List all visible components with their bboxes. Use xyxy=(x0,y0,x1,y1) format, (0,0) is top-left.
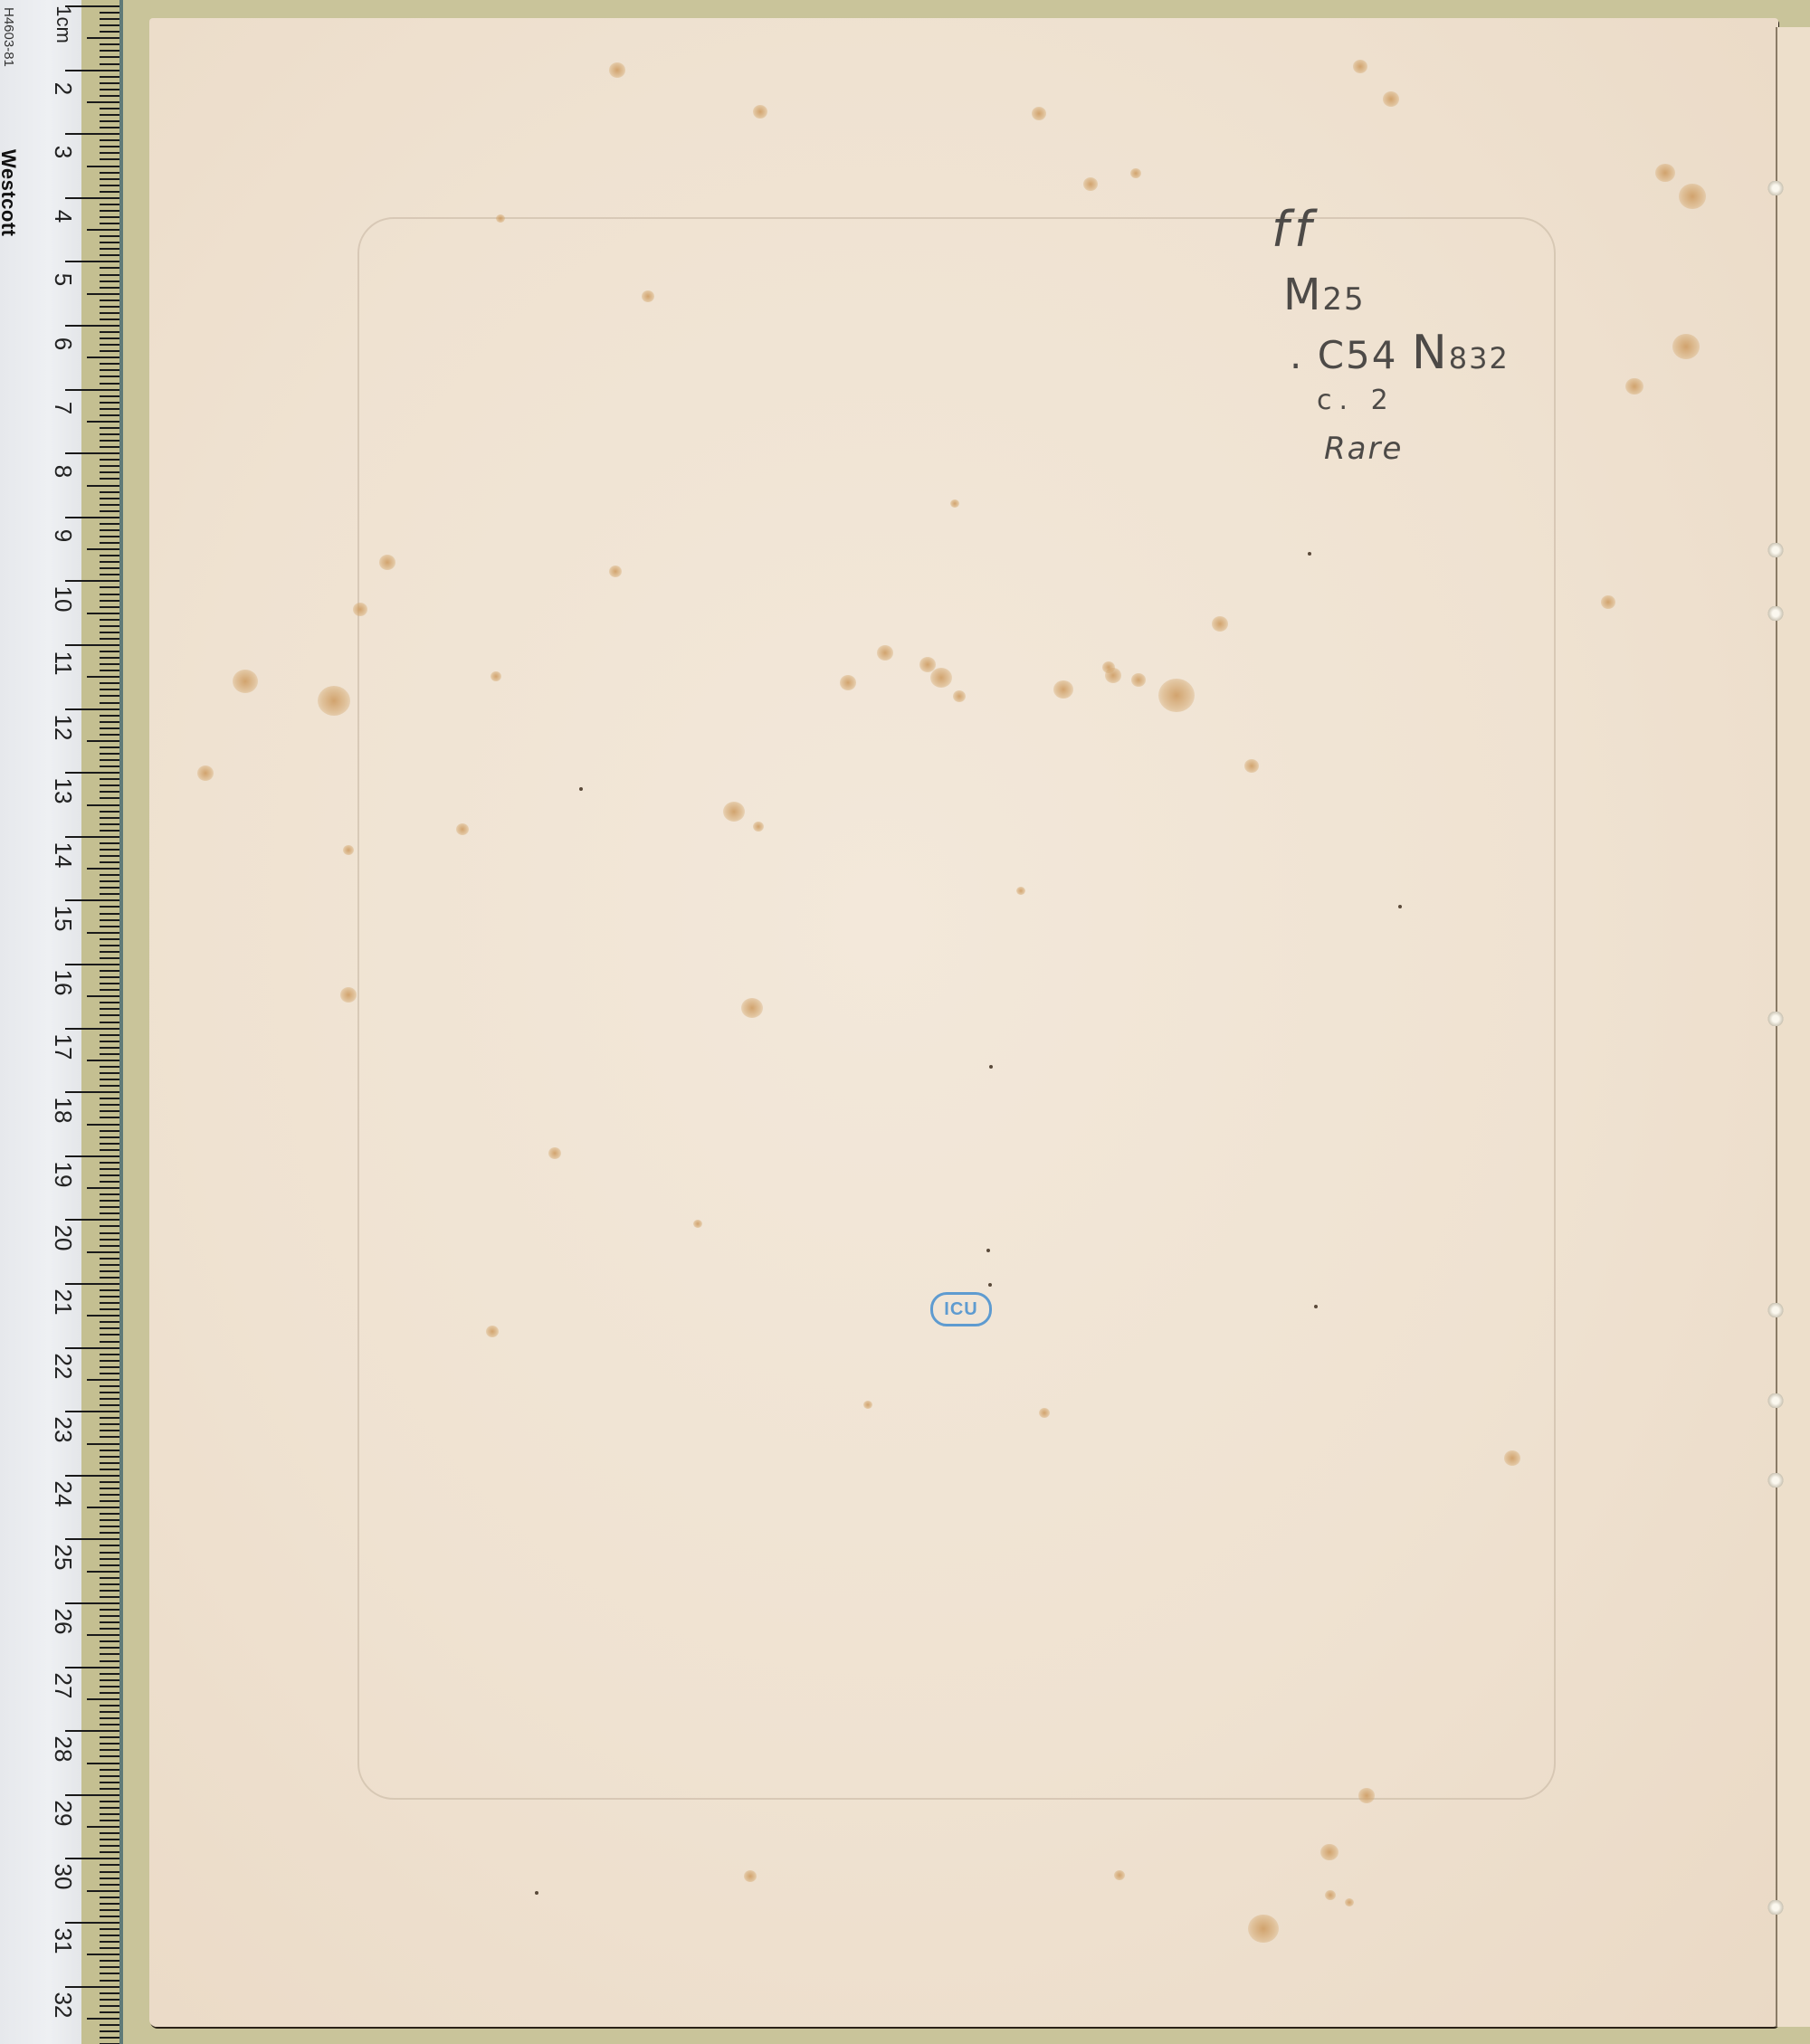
ruler-tick xyxy=(87,485,119,487)
ruler-tick xyxy=(100,50,119,52)
ruler-tick xyxy=(100,1558,119,1560)
ruler-tick xyxy=(100,1947,119,1949)
foxing-spot xyxy=(318,686,350,716)
ruler-tick xyxy=(100,1679,119,1681)
ruler-tick xyxy=(87,2018,119,2020)
ruler-tick xyxy=(100,753,119,755)
ruler-tick xyxy=(100,1788,119,1790)
ruler-tick xyxy=(100,280,119,282)
paper-speck xyxy=(1308,552,1311,556)
ruler-tick xyxy=(100,945,119,946)
ruler-tick xyxy=(100,1245,119,1247)
ruler-tick xyxy=(100,670,119,671)
ruler-tick xyxy=(100,1782,119,1783)
ruler-tick xyxy=(100,1909,119,1911)
measurement-ruler: H4603-81 Westcott 1cm2345678910111213141… xyxy=(0,0,123,2044)
ruler-tick xyxy=(100,127,119,128)
foxing-spot xyxy=(953,690,966,702)
ruler-tick xyxy=(100,536,119,537)
foxing-spot xyxy=(1131,673,1146,687)
foxing-spot xyxy=(343,845,354,855)
ruler-tick xyxy=(100,1258,119,1260)
ruler-tick xyxy=(100,1456,119,1458)
ruler-tick xyxy=(100,95,119,97)
ruler-tick xyxy=(100,1053,119,1055)
ruler-tick xyxy=(87,1763,119,1764)
ruler-tick xyxy=(100,734,119,736)
ruler-tick xyxy=(87,1060,119,1061)
ruler-tick xyxy=(87,1251,119,1253)
ruler-tick xyxy=(87,1634,119,1636)
ruler-tick xyxy=(100,350,119,352)
paper-speck xyxy=(1314,1305,1318,1308)
ruler-tick xyxy=(100,178,119,180)
ruler-tick xyxy=(100,861,119,863)
ruler-tick xyxy=(100,191,119,193)
ruler-tick xyxy=(100,1775,119,1777)
foxing-spot xyxy=(744,1870,757,1882)
ruler-tick xyxy=(100,1193,119,1195)
ruler-tick xyxy=(100,1820,119,1821)
ruler-tick xyxy=(87,229,119,231)
ruler-tick xyxy=(100,600,119,602)
ruler-tick xyxy=(100,1289,119,1291)
ruler-tick xyxy=(100,689,119,690)
ruler-tick xyxy=(100,1513,119,1515)
ruler-cm-label: 18 xyxy=(52,1092,75,1128)
ruler-tick xyxy=(87,995,119,997)
ruler-cm-label: 31 xyxy=(52,1923,75,1959)
ruler-tick xyxy=(100,1692,119,1694)
binding-stitch xyxy=(1767,1393,1784,1408)
foxing-spot xyxy=(233,670,258,693)
binding-fold-line xyxy=(1776,27,1777,2027)
ruler-tick xyxy=(100,715,119,717)
foxing-spot xyxy=(1114,1870,1125,1880)
foxing-spot xyxy=(197,765,214,781)
foxing-spot xyxy=(1102,661,1115,673)
ruler-tick xyxy=(100,2005,119,2007)
ruler-tick xyxy=(100,1897,119,1898)
foxing-spot xyxy=(723,802,745,822)
ruler-tick xyxy=(100,695,119,697)
ruler-tick xyxy=(100,1878,119,1879)
ruler-tick xyxy=(100,1462,119,1464)
ruler-tick xyxy=(100,1596,119,1598)
ruler-cm-label: 23 xyxy=(52,1412,75,1448)
ruler-tick xyxy=(87,421,119,423)
ruler-tick xyxy=(100,402,119,404)
ruler-tick xyxy=(100,682,119,684)
ruler-tick xyxy=(100,1079,119,1080)
ruler-tick xyxy=(100,1960,119,1962)
ruler-tick xyxy=(100,957,119,959)
ruler-tick xyxy=(100,254,119,256)
ruler-tick xyxy=(100,784,119,786)
ruler-tick xyxy=(100,337,119,339)
foxing-spot xyxy=(1248,1915,1279,1943)
ruler-tick xyxy=(100,1277,119,1279)
ruler-tick xyxy=(100,1008,119,1010)
ruler-tick xyxy=(100,1935,119,1936)
ruler-tick xyxy=(100,146,119,147)
ruler-tick xyxy=(100,1430,119,1431)
ruler-tick xyxy=(100,778,119,780)
ruler-tick xyxy=(100,1341,119,1343)
foxing-spot xyxy=(609,62,625,78)
binding-stitch xyxy=(1767,543,1784,557)
ruler-tick xyxy=(100,1564,119,1566)
ruler-tick xyxy=(100,1327,119,1329)
ruler-tick xyxy=(87,1124,119,1126)
ruler-tick xyxy=(100,913,119,915)
ruler-tick xyxy=(100,471,119,473)
ruler-tick xyxy=(100,523,119,525)
ruler-tick xyxy=(100,363,119,365)
ruler-tick xyxy=(100,1832,119,1834)
ruler-tick xyxy=(100,210,119,212)
paper-speck xyxy=(579,787,583,791)
paper-speck xyxy=(986,1249,990,1252)
ruler-tick xyxy=(100,823,119,825)
ruler-tick xyxy=(100,1724,119,1726)
ruler-tick xyxy=(100,318,119,320)
ruler-tick xyxy=(87,1698,119,1700)
ruler-tick xyxy=(87,37,119,39)
ruler-tick xyxy=(100,1162,119,1164)
ruler-tick xyxy=(100,1085,119,1087)
ruler-tick xyxy=(100,1647,119,1649)
ruler-tick xyxy=(100,1941,119,1943)
ruler-tick xyxy=(100,849,119,851)
ruler-tick xyxy=(100,1577,119,1579)
ruler-tick xyxy=(100,651,119,652)
ruler-tick xyxy=(100,1871,119,1873)
ruler-tick xyxy=(100,1705,119,1707)
foxing-spot xyxy=(741,998,763,1018)
ruler-tick xyxy=(87,357,119,358)
ruler-cm-label: 19 xyxy=(52,1156,75,1193)
ruler-tick xyxy=(100,663,119,665)
foxing-spot xyxy=(1325,1890,1336,1900)
ruler-tick xyxy=(100,1181,119,1183)
ruler-tick xyxy=(100,702,119,704)
ruler-tick xyxy=(100,274,119,276)
ruler-tick xyxy=(100,830,119,832)
foxing-spot xyxy=(548,1147,561,1159)
ruler-tick xyxy=(100,1302,119,1304)
ruler-tick xyxy=(100,887,119,889)
ruler-tick xyxy=(100,408,119,410)
ruler-tick xyxy=(100,248,119,250)
ruler-tick xyxy=(100,1653,119,1655)
ruler-tick xyxy=(100,2037,119,2039)
ruler-tick xyxy=(100,1041,119,1042)
ruler-tick xyxy=(100,1686,119,1687)
ruler-tick xyxy=(100,721,119,723)
ruler-tick xyxy=(87,1379,119,1381)
ruler-tick xyxy=(100,1360,119,1362)
annotation-copy: c. 2 xyxy=(1317,385,1396,416)
ruler-tick xyxy=(100,43,119,45)
annotation-25: 25 xyxy=(1322,281,1365,318)
annotation-dot: . xyxy=(1290,333,1303,377)
ruler-tick xyxy=(100,1500,119,1502)
foxing-spot xyxy=(753,105,767,119)
ruler-tick xyxy=(100,938,119,940)
ruler-tick xyxy=(100,797,119,799)
ruler-tick xyxy=(100,1966,119,1968)
ruler-tick xyxy=(100,1404,119,1406)
ruler-tick xyxy=(100,395,119,397)
ruler-tick xyxy=(100,1450,119,1451)
ruler-cm-label: 2 xyxy=(52,71,75,107)
ruler-tick xyxy=(100,306,119,308)
ruler-tick xyxy=(100,1755,119,1757)
paper-speck xyxy=(1398,905,1402,908)
ruler-tick xyxy=(100,632,119,633)
ruler-cm-label: 17 xyxy=(52,1029,75,1065)
ruler-tick xyxy=(100,89,119,90)
ruler-tick xyxy=(100,817,119,819)
foxing-spot xyxy=(1383,91,1399,107)
ruler-tick xyxy=(100,1494,119,1496)
ruler-tick xyxy=(87,1507,119,1508)
ruler-tick xyxy=(100,1014,119,1016)
ruler-cm-label: 24 xyxy=(52,1476,75,1512)
annotation-m25: M25 xyxy=(1283,270,1366,320)
foxing-spot xyxy=(456,823,469,835)
ruler-tick xyxy=(100,1321,119,1323)
ruler-tick xyxy=(100,1264,119,1266)
ruler-tick xyxy=(100,1200,119,1202)
foxing-spot xyxy=(1244,759,1259,773)
ruler-tick xyxy=(100,1168,119,1170)
ruler-tick xyxy=(100,1072,119,1074)
ruler-tick xyxy=(100,1232,119,1234)
ruler-tick xyxy=(100,1621,119,1623)
ruler-tick xyxy=(100,1583,119,1585)
ruler-tick xyxy=(100,1628,119,1630)
ruler-tick xyxy=(87,548,119,550)
ruler-tick xyxy=(100,1928,119,1930)
ruler-tick xyxy=(87,1443,119,1445)
ruler-tick xyxy=(87,1571,119,1573)
binding-stitch xyxy=(1767,1303,1784,1317)
ruler-tick xyxy=(100,855,119,857)
ruler-tick xyxy=(100,287,119,289)
ruler-tick xyxy=(100,625,119,627)
ruler-tick xyxy=(100,1864,119,1866)
ruler-tick xyxy=(100,114,119,116)
ruler-cm-label: 14 xyxy=(52,837,75,873)
ruler-tick xyxy=(100,2011,119,2013)
ruler-tick xyxy=(100,1110,119,1112)
paper-speck xyxy=(535,1891,538,1895)
ruler-tick xyxy=(100,1916,119,1917)
ruler-tick xyxy=(100,1469,119,1470)
paper-speck xyxy=(988,1283,992,1287)
ruler-tick xyxy=(100,76,119,78)
ruler-cm-label: 1cm xyxy=(52,0,75,52)
ruler-tick xyxy=(100,1239,119,1241)
ruler-tick xyxy=(100,1884,119,1886)
ruler-tick xyxy=(100,1801,119,1802)
ruler-tick xyxy=(100,906,119,908)
ruler-tick xyxy=(100,567,119,569)
ruler-tick xyxy=(100,63,119,65)
foxing-spot xyxy=(840,675,856,690)
ruler-cm-label: 11 xyxy=(52,645,75,681)
ruler-tick xyxy=(87,1826,119,1828)
ruler-tick xyxy=(100,619,119,621)
ruler-tick xyxy=(87,804,119,806)
ruler-tick xyxy=(100,223,119,224)
ruler-cm-label: 28 xyxy=(52,1731,75,1767)
ruler-tick xyxy=(100,1711,119,1713)
ruler-tick xyxy=(100,204,119,205)
ruler-tick xyxy=(100,242,119,243)
binding-stitch xyxy=(1767,181,1784,195)
ruler-cm-label: 25 xyxy=(52,1539,75,1575)
ruler-tick xyxy=(100,1717,119,1719)
ruler-cm-label: 3 xyxy=(52,134,75,170)
ruler-tick xyxy=(100,976,119,978)
ruler-tick xyxy=(100,842,119,844)
ruler-tick xyxy=(100,970,119,972)
ruler-tick xyxy=(100,1851,119,1853)
ruler-tick xyxy=(100,2024,119,2026)
ruler-tick xyxy=(100,1436,119,1438)
foxing-spot xyxy=(1158,679,1195,712)
ruler-tick xyxy=(87,868,119,870)
ruler-tick xyxy=(100,120,119,122)
ruler-tick xyxy=(100,2030,119,2032)
ruler-tick xyxy=(100,657,119,659)
ruler-tick xyxy=(100,24,119,26)
foxing-spot xyxy=(486,1326,499,1337)
ruler-tick xyxy=(100,893,119,895)
ruler-cm-label: 15 xyxy=(52,900,75,936)
ruler-tick xyxy=(100,1022,119,1023)
ruler-tick xyxy=(100,510,119,512)
ruler-tick xyxy=(100,1066,119,1068)
ruler-tick xyxy=(100,989,119,991)
ruler-tick xyxy=(100,498,119,499)
ruler-tick xyxy=(100,12,119,14)
foxing-spot xyxy=(1212,616,1228,632)
ruler-tick xyxy=(100,1136,119,1138)
ruler-tick xyxy=(100,1736,119,1738)
ruler-tick xyxy=(87,166,119,167)
foxing-spot xyxy=(930,668,952,688)
ruler-tick xyxy=(87,101,119,103)
foxing-spot xyxy=(1130,168,1141,178)
ruler-tick xyxy=(100,344,119,346)
foxing-spot xyxy=(1601,595,1615,609)
ruler-tick xyxy=(100,18,119,20)
foxing-spot xyxy=(491,671,501,681)
ruler-tick xyxy=(100,1423,119,1425)
ruler-tick xyxy=(100,440,119,442)
ruler-tick xyxy=(100,331,119,333)
ruler-tick xyxy=(100,1334,119,1336)
ruler-tick xyxy=(100,1488,119,1489)
ruler-tick xyxy=(100,376,119,377)
ruler-tick xyxy=(100,491,119,493)
ruler-tick xyxy=(100,1206,119,1208)
ruler-tick xyxy=(100,299,119,301)
ruler-tick xyxy=(100,1225,119,1227)
ruler-tick xyxy=(100,880,119,882)
ruler-tick xyxy=(100,1417,119,1419)
ruler-tick xyxy=(100,56,119,58)
ruler-tick xyxy=(100,1149,119,1151)
ruler-tick xyxy=(87,1315,119,1317)
ruler-cm-label: 21 xyxy=(52,1284,75,1320)
ruler-tick xyxy=(100,108,119,109)
ruler-tick xyxy=(100,1143,119,1145)
ruler-tick xyxy=(100,746,119,748)
ruler-tick xyxy=(100,152,119,154)
binding-stitch xyxy=(1767,1900,1784,1915)
ruler-tick xyxy=(100,1532,119,1534)
ruler-tick xyxy=(87,613,119,614)
ruler-tick xyxy=(87,293,119,295)
ruler-tick xyxy=(100,765,119,767)
foxing-spot xyxy=(753,822,764,832)
annotation-832: 832 xyxy=(1449,341,1510,376)
foxing-spot xyxy=(1083,177,1098,191)
foxing-spot xyxy=(1032,107,1046,120)
ruler-tick xyxy=(100,1743,119,1745)
ruler-tick xyxy=(100,1392,119,1393)
ruler-tick xyxy=(100,1615,119,1617)
ruler-cm-label: 9 xyxy=(52,518,75,554)
ruler-tick xyxy=(100,235,119,237)
ruler-tick xyxy=(100,369,119,371)
ruler-tick xyxy=(100,1552,119,1554)
ruler-tick xyxy=(100,1034,119,1036)
foxing-spot xyxy=(1353,60,1367,73)
ruler-cm-label: 29 xyxy=(52,1795,75,1831)
ruler-tick xyxy=(100,638,119,640)
ruler-tick xyxy=(100,759,119,761)
ruler-tick xyxy=(100,1545,119,1546)
ruler-cm-label: 4 xyxy=(52,198,75,234)
ruler-tick xyxy=(100,414,119,416)
ruler-tick xyxy=(100,158,119,160)
ruler-tick xyxy=(100,31,119,33)
binding-stitch xyxy=(1767,1473,1784,1488)
foxing-spot xyxy=(340,987,357,1003)
ruler-edge xyxy=(119,0,123,2044)
paper-speck xyxy=(989,1065,993,1069)
ruler-tick xyxy=(100,983,119,984)
ruler-cm-label: 27 xyxy=(52,1668,75,1704)
foxing-spot xyxy=(1358,1788,1375,1803)
ruler-tick xyxy=(100,926,119,927)
foxing-spot xyxy=(1504,1450,1520,1466)
foxing-spot xyxy=(1679,184,1706,209)
ruler-tick xyxy=(100,1398,119,1400)
ruler-tick xyxy=(100,1104,119,1106)
ruler-tick xyxy=(100,951,119,953)
ruler-tick xyxy=(100,542,119,544)
ruler-tick xyxy=(100,791,119,793)
ruler-tick xyxy=(100,1807,119,1809)
foxing-spot xyxy=(379,555,395,570)
